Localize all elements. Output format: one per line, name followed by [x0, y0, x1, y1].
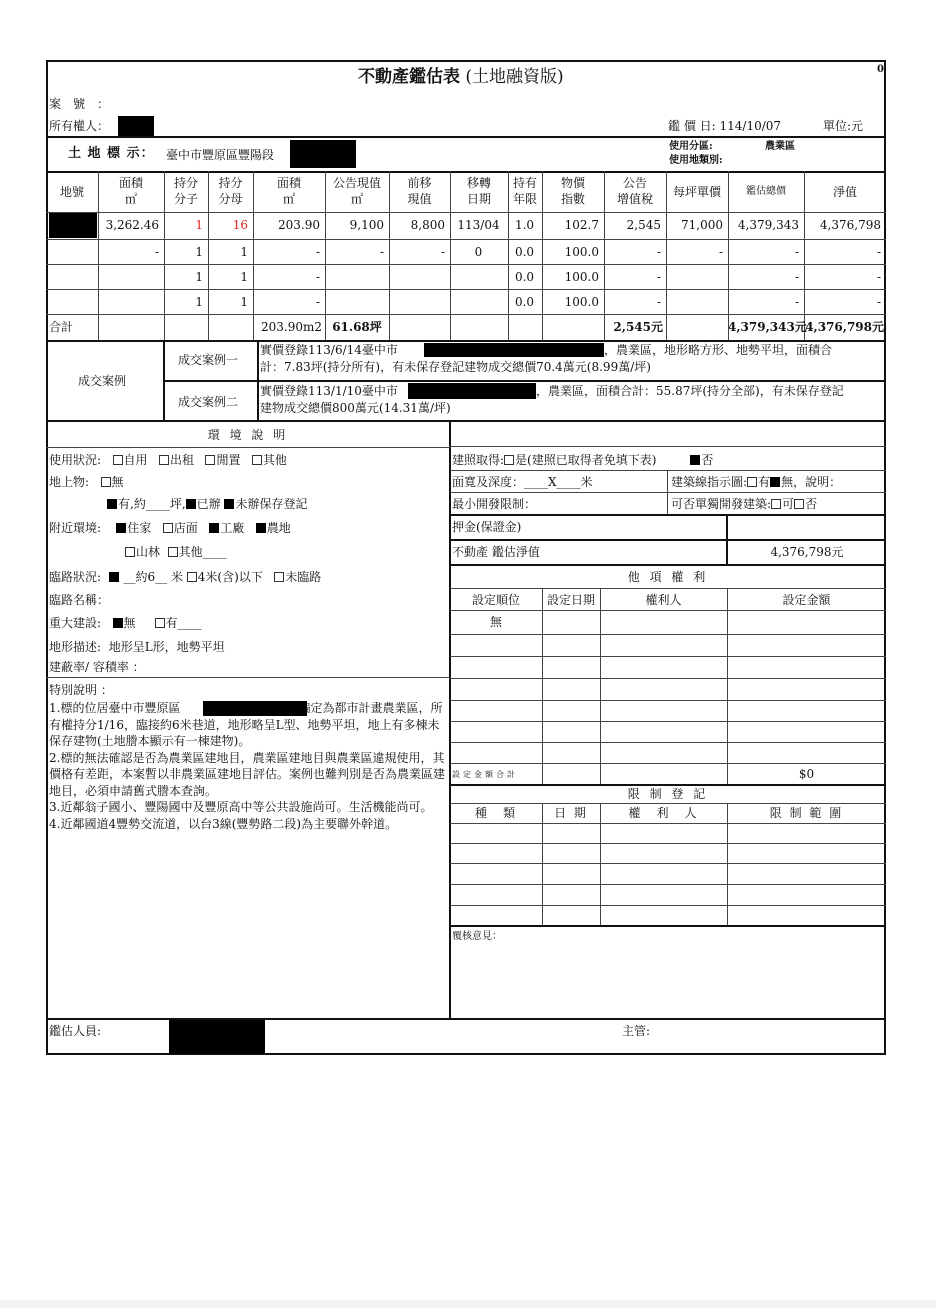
- nearby-row: 附近環境: 住家 店面 工廠 農地: [49, 521, 291, 535]
- checkbox-其他[interactable]: [168, 547, 178, 557]
- row-divider: [46, 212, 886, 213]
- checkbox-setback-none[interactable]: [770, 477, 780, 487]
- land-mark-label: 土 地 標 示：: [68, 147, 155, 161]
- note-4: 4.近鄰國道4豐勢交流道，以台3線(豐勢路二段)為主要聯外幹道。: [49, 816, 447, 833]
- table-cell: 無: [450, 615, 542, 629]
- redacted-owner: [118, 116, 154, 136]
- col-divider: [727, 803, 728, 925]
- row-divider: [450, 588, 886, 589]
- redacted-land-no: [290, 140, 356, 168]
- solo-dev-row: 可否單獨開發建築:可否: [671, 497, 817, 511]
- above-ground-detail: 有,約____坪,已辦 未辦保存登記: [107, 497, 308, 511]
- checkbox-major-has[interactable]: [155, 618, 165, 628]
- checkbox-閒置[interactable]: [205, 455, 215, 465]
- table-cell: 8,800: [389, 218, 445, 232]
- nearby-row-2: 山林 其他____: [125, 545, 227, 559]
- row-divider: [46, 314, 886, 315]
- table-cell: 113/04: [452, 218, 505, 232]
- col-divider: [727, 588, 728, 784]
- checkbox-自用[interactable]: [113, 455, 123, 465]
- row-divider: [46, 264, 886, 265]
- row-divider: [450, 610, 886, 611]
- total-net-value: 4,376,798元: [804, 320, 884, 334]
- table-cell: -: [666, 245, 723, 259]
- column-header: 持分: [208, 176, 253, 190]
- column-header: 面積: [98, 176, 164, 190]
- column-header: 日期: [450, 192, 508, 206]
- case-2-line1b: ，農業區，面積合計：55.87坪(持分全部)，有未保存登記: [536, 384, 844, 398]
- table-cell: 16: [208, 218, 248, 232]
- restrictions-title: 限 制 登 記: [450, 787, 886, 801]
- row-divider: [450, 721, 886, 722]
- column-header: 日 期: [542, 806, 600, 820]
- supervisor-label: 主管:: [622, 1024, 650, 1038]
- total-area-ping: 61.68坪: [325, 320, 389, 334]
- row-divider: [46, 289, 886, 290]
- table-cell: 1: [164, 218, 203, 232]
- table-cell: 100.0: [542, 295, 599, 309]
- checkbox-road-width[interactable]: [109, 572, 119, 582]
- column-header: 分子: [164, 192, 208, 206]
- row-divider: [450, 700, 886, 701]
- col-divider: [542, 803, 543, 925]
- road-row: 臨路狀況: __約6__ 米 4米(含)以下 未臨路: [49, 570, 321, 584]
- usage-row: 使用狀況: 自用 出租 閒置 其他: [49, 453, 287, 467]
- case-2-line1a: 實價登錄113/1/10臺中市: [260, 384, 398, 398]
- row-divider: [450, 678, 886, 679]
- row-divider: [450, 803, 886, 804]
- table-cell: 0.0: [510, 295, 539, 309]
- table-cell: -: [98, 245, 159, 259]
- row-divider: [46, 239, 886, 240]
- table-cell: -: [728, 295, 799, 309]
- zoning-label: 使用分區:: [669, 140, 713, 154]
- table-cell: 1: [164, 295, 203, 309]
- column-header: ㎡: [98, 192, 164, 206]
- column-header: 移轉: [450, 176, 508, 190]
- row-divider: [450, 884, 886, 885]
- frontage-label: 面寬及深度：____X____米: [452, 475, 593, 489]
- table-cell: 9,100: [325, 218, 384, 232]
- table-cell: -: [604, 270, 661, 284]
- checkbox-solo-no[interactable]: [794, 499, 804, 509]
- above-ground-row: 地上物: 無: [49, 475, 124, 489]
- column-header: 權利人: [600, 593, 727, 607]
- note-2: 2.標的無法確認是否為農業區建地目，農業區建地目與農業區違規使用，其價格有差距，…: [49, 750, 447, 800]
- redacted-lot-no: [49, 213, 97, 238]
- table-cell: -: [253, 270, 320, 284]
- case-1-line1a: 實價登錄113/6/14臺中市: [260, 343, 398, 357]
- case-1-line1b: ，農業區，地形略方形、地勢平坦，面積合: [604, 343, 832, 357]
- row-divider: [450, 823, 886, 824]
- table-cell: 1.0: [510, 218, 539, 232]
- sum-value: $0: [727, 767, 886, 781]
- case-1-label: 成交案例一: [178, 353, 238, 367]
- land-mark-value: 臺中市豐原區豐陽段: [166, 148, 274, 162]
- column-header: 分母: [208, 192, 253, 206]
- checkbox-住家[interactable]: [116, 523, 126, 533]
- total-tax: 2,545元: [604, 320, 663, 334]
- table-cell: -: [325, 245, 384, 259]
- checkbox-工廠[interactable]: [209, 523, 219, 533]
- checkbox-major-none[interactable]: [113, 618, 123, 628]
- row-divider: [450, 843, 886, 844]
- table-cell: -: [253, 245, 320, 259]
- table-cell: -: [728, 270, 799, 284]
- option-label: 住家: [127, 521, 151, 535]
- zoning-value: 農業區: [765, 140, 795, 154]
- column-header: 持分: [164, 176, 208, 190]
- row-divider: [450, 863, 886, 864]
- cases-label: 成交案例: [78, 374, 126, 388]
- special-label: 特別說明 ：: [49, 683, 113, 697]
- column-header: 指數: [542, 192, 604, 206]
- column-header: ㎡: [253, 192, 325, 206]
- table-cell: 203.90: [253, 218, 320, 232]
- option-label: 出租: [170, 453, 194, 467]
- case-2-label: 成交案例二: [178, 395, 238, 409]
- page-bottom-bar: [0, 1300, 936, 1308]
- case-2-line2: 建物成交總價800萬元(14.31萬/坪): [260, 401, 451, 415]
- table-cell: -: [253, 295, 320, 309]
- column-header: 公告: [604, 176, 666, 190]
- column-header: 設定金額: [727, 593, 886, 607]
- column-header: 年限: [508, 192, 542, 206]
- redacted-appraiser: [169, 1020, 265, 1054]
- setback-row: 建築線指示圖:有無，說明：: [671, 475, 841, 489]
- table-cell: 71,000: [666, 218, 723, 232]
- table-cell: 102.7: [542, 218, 599, 232]
- checkbox-road-under4[interactable]: [187, 572, 197, 582]
- column-header: 種 類: [450, 806, 542, 820]
- option-label: 其他: [263, 453, 287, 467]
- redacted-case-2: [408, 383, 536, 399]
- row-divider: [450, 905, 886, 906]
- net-label: 不動產 鑑估淨值: [452, 545, 540, 559]
- table-cell: 1: [208, 245, 248, 259]
- table-cell: -: [728, 245, 799, 259]
- table-cell: 0.0: [510, 245, 539, 259]
- case-1-line2: 計：7.83坪(持分所有)，有未保存登記建物成交總價70.4萬元(8.99萬/坪…: [260, 360, 651, 374]
- col-divider: [542, 588, 543, 784]
- appraisal-date: 鑑 價 日: 114/10/07: [668, 119, 781, 133]
- row-divider: [450, 634, 886, 635]
- table-cell: -: [804, 295, 881, 309]
- total-label: 合計: [49, 320, 73, 334]
- table-cell: 100.0: [542, 245, 599, 259]
- terrain-row: 地形描述: 地形呈L形，地勢平坦: [49, 640, 225, 654]
- checkbox-其他[interactable]: [252, 455, 262, 465]
- option-label: 工廠: [220, 521, 244, 535]
- redacted-case-1: [424, 343, 604, 357]
- column-header: ㎡: [325, 192, 389, 206]
- appraiser-label: 鑑估人員:: [49, 1024, 101, 1038]
- table-cell: 4,379,343: [728, 218, 799, 232]
- column-header: 淨值: [804, 185, 886, 199]
- column-header: 物價: [542, 176, 604, 190]
- checkbox-has[interactable]: [107, 499, 117, 509]
- special-notes: 1.標的位居臺中市豐原區，編定為都市計畫農業區，所有權持分1/16，臨接約6米巷…: [49, 700, 447, 832]
- option-label: 其他____: [179, 545, 227, 559]
- table-cell: 0: [452, 245, 505, 259]
- total-price: 4,379,343元: [728, 320, 801, 334]
- column-header: 設定順位: [450, 593, 542, 607]
- checkbox-no-road[interactable]: [274, 572, 284, 582]
- case-no-label: 案 號 ：: [49, 97, 109, 111]
- column-header: 前移: [389, 176, 450, 190]
- total-area-m2: 203.90m2: [253, 320, 322, 334]
- column-header: 設定日期: [542, 593, 600, 607]
- column-header: 限 制 範 圍: [727, 806, 886, 820]
- checkbox-出租[interactable]: [159, 455, 169, 465]
- table-cell: 3,262.46: [98, 218, 159, 232]
- col-divider: [600, 803, 601, 925]
- land-use-label: 使用地類別:: [669, 154, 723, 168]
- column-header: 每坪單價: [666, 185, 728, 199]
- table-cell: 4,376,798: [804, 218, 881, 232]
- table-cell: 1: [208, 270, 248, 284]
- checkbox-done[interactable]: [186, 499, 196, 509]
- column-header: 權 利 人: [600, 806, 727, 820]
- ratio-label: 建蔽率/ 容積率 ：: [49, 660, 145, 674]
- checkbox-none[interactable]: [101, 477, 111, 487]
- other-rights-title: 他 項 權 利: [450, 570, 886, 584]
- table-cell: 100.0: [542, 270, 599, 284]
- environment-title: 環 境 說 明: [48, 428, 448, 442]
- table-cell: 1: [164, 270, 203, 284]
- table-cell: 1: [208, 295, 248, 309]
- column-header: 現值: [389, 192, 450, 206]
- option-label: 自用: [124, 453, 148, 467]
- unit-label: 單位:元: [823, 119, 863, 133]
- column-header: 公告現值: [325, 176, 389, 190]
- table-cell: -: [804, 270, 881, 284]
- sum-label: 設定金額合計: [452, 768, 518, 782]
- permit-row: 建照取得:是(建照已取得者免填下表)否: [452, 453, 713, 467]
- review-label: 覆核意見：: [452, 930, 502, 944]
- table-cell: -: [604, 245, 661, 259]
- checkbox-setback-has[interactable]: [747, 477, 757, 487]
- road-name-label: 臨路名稱：: [49, 593, 109, 607]
- checkbox-農地[interactable]: [256, 523, 266, 533]
- table-cell: -: [604, 295, 661, 309]
- checkbox-solo-yes[interactable]: [771, 499, 781, 509]
- col-divider: [600, 588, 601, 784]
- form-title: 不動產鑑估表 (土地融資版): [358, 70, 564, 84]
- checkbox-permit-yes[interactable]: [504, 455, 514, 465]
- owner-label: 所有權人：: [49, 119, 109, 133]
- option-label: 農地: [267, 521, 291, 535]
- column-header: 地號: [46, 185, 98, 199]
- column-header: 增值稅: [604, 192, 666, 206]
- column-header: 鑑估總價: [728, 185, 804, 199]
- major-row: 重大建設: 無 有____: [49, 616, 202, 630]
- column-header: 面積: [253, 176, 325, 190]
- table-cell: 2,545: [604, 218, 661, 232]
- option-label: 店面: [174, 521, 198, 535]
- deposit-label: 押金(保證金): [452, 520, 521, 534]
- min-dev-label: 最小開發限制：: [452, 497, 536, 511]
- checkbox-店面[interactable]: [163, 523, 173, 533]
- table-cell: -: [804, 245, 881, 259]
- net-value: 4,376,798元: [728, 545, 886, 559]
- row-divider: [450, 763, 886, 764]
- checkbox-permit-no[interactable]: [690, 455, 700, 465]
- table-cell: 0.0: [510, 270, 539, 284]
- option-label: 閒置: [216, 453, 240, 467]
- column-header: 持有: [508, 176, 542, 190]
- page-corner: 0: [877, 63, 884, 77]
- row-divider: [450, 742, 886, 743]
- table-cell: 1: [164, 245, 203, 259]
- option-label: 山林: [136, 545, 160, 559]
- table-cell: -: [389, 245, 445, 259]
- checkbox-undone[interactable]: [224, 499, 234, 509]
- note-3: 3.近鄰翁子國小、豐陽國中及豐原高中等公共設施尚可。生活機能尚可。: [49, 799, 447, 816]
- checkbox-山林[interactable]: [125, 547, 135, 557]
- redacted-address: [203, 701, 307, 716]
- row-divider: [450, 656, 886, 657]
